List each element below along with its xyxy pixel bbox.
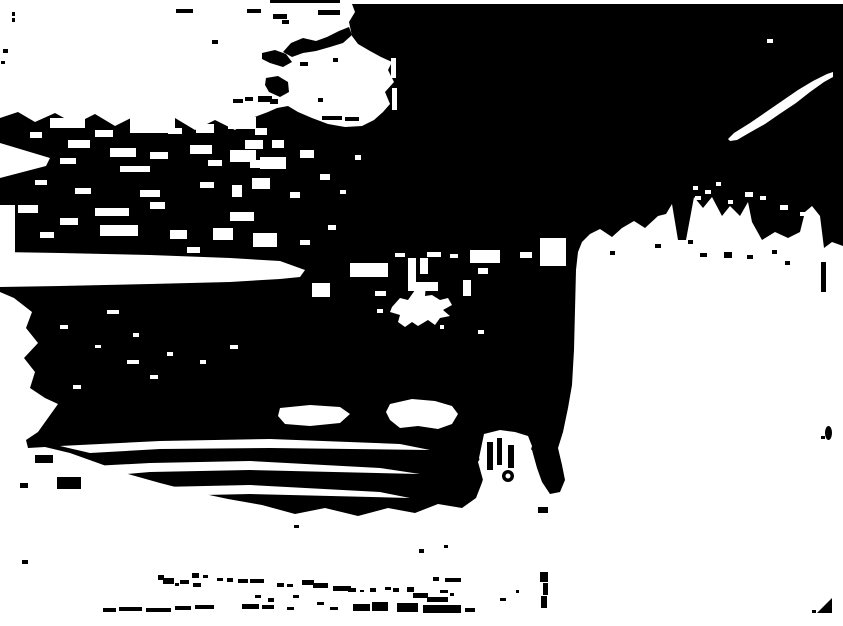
foreground-scatter-mark (103, 608, 116, 612)
texture-highlights-mark (693, 186, 698, 190)
foreground-scatter-mark (175, 606, 191, 610)
foreground-scatter-mark (516, 590, 519, 593)
foreground-scatter-mark (465, 608, 475, 612)
foreground-scatter-mark (217, 578, 223, 581)
texture-highlights-mark (290, 192, 300, 198)
texture-highlights-mark (391, 58, 396, 78)
furrow-gap-a (278, 405, 350, 426)
sky-marks-mark (270, 0, 340, 3)
texture-highlights-mark (35, 180, 47, 185)
texture-highlights-mark (355, 155, 361, 160)
texture-highlights-mark (73, 385, 81, 389)
foreground-scatter-mark (242, 604, 259, 609)
texture-highlights-mark (140, 190, 160, 197)
texture-highlights-mark (127, 360, 139, 364)
sky-marks-mark (245, 97, 253, 101)
sky-marks-mark (12, 18, 15, 22)
foreground-scatter-mark (500, 598, 506, 601)
foreground-scatter-mark (119, 607, 142, 611)
texture-highlights-mark (780, 205, 788, 210)
texture-highlights-mark (350, 263, 388, 277)
foreground-scatter-mark (22, 560, 28, 564)
foreground-scatter-mark (287, 607, 294, 610)
texture-highlights-mark (800, 212, 806, 216)
texture-highlights-mark (95, 208, 129, 216)
texture-highlights-mark (40, 232, 54, 238)
foreground-scatter-mark (277, 583, 284, 587)
foreground-scatter-mark (193, 583, 201, 587)
texture-highlights-mark (427, 252, 441, 257)
texture-highlights-mark (208, 160, 222, 166)
texture-highlights-mark (716, 182, 721, 186)
clearing-marks-mark (785, 261, 790, 265)
texture-highlights-mark (395, 253, 405, 257)
texture-highlights-mark (150, 152, 168, 159)
texture-highlights-mark (300, 240, 310, 245)
texture-highlights-mark (200, 360, 206, 364)
texture-highlights-mark (695, 196, 701, 200)
texture-highlights-mark (377, 309, 383, 313)
sky-marks-mark (176, 9, 193, 13)
texture-highlights-mark (0, 205, 15, 253)
texture-highlights-mark (745, 192, 753, 197)
sky-marks-mark (233, 99, 243, 103)
foreground-scatter-mark (541, 596, 547, 608)
flame-wisps-mark (538, 507, 548, 513)
texture-highlights-mark (60, 218, 78, 225)
foreground-scatter-mark (407, 587, 414, 592)
texture-highlights-mark (50, 118, 85, 128)
sky-marks-mark (333, 58, 338, 62)
sky-marks-mark (258, 96, 272, 102)
knot-ring-inner (506, 474, 511, 479)
texture-highlights-mark (168, 128, 182, 134)
scene-svg (0, 0, 843, 626)
foreground-scatter-mark (444, 545, 448, 548)
foreground-scatter-mark (180, 580, 189, 584)
foreground-scatter-mark (393, 588, 399, 592)
foreground-scatter-mark (317, 602, 324, 605)
texture-highlights-mark (340, 190, 346, 194)
clearing-marks-mark (724, 252, 732, 258)
foreground-scatter-mark (330, 607, 338, 610)
foreground-scatter-mark (57, 477, 81, 489)
texture-highlights-mark (728, 200, 733, 204)
texture-highlights-mark (420, 258, 428, 274)
clearing-marks-mark (700, 253, 707, 257)
texture-highlights-mark (300, 150, 314, 158)
foreground-scatter-mark (287, 584, 293, 587)
foreground-scatter-mark (419, 549, 424, 553)
texture-highlights-mark (252, 178, 270, 189)
foreground-scatter-mark (423, 605, 461, 613)
texture-highlights-mark (196, 124, 214, 133)
texture-highlights-mark (253, 233, 277, 247)
foreground-scatter-mark (353, 604, 370, 611)
foreground-scatter-mark (440, 590, 448, 593)
texture-highlights-mark (107, 310, 119, 314)
foreground-scatter-mark (294, 525, 299, 528)
clearing-marks-mark (747, 255, 753, 259)
texture-highlights-mark (245, 140, 263, 149)
texture-highlights-mark (328, 225, 336, 230)
foreground-scatter-mark (195, 605, 214, 609)
texture-highlights-mark (463, 280, 471, 296)
foreground-scatter-mark (372, 602, 388, 611)
texture-highlights-mark (110, 148, 136, 157)
foreground-scatter-mark (255, 595, 261, 598)
flame-wisps-mark (487, 442, 493, 470)
texture-highlights-mark (120, 166, 150, 172)
texture-highlights-mark (255, 128, 267, 135)
texture-highlights-mark (68, 140, 90, 148)
texture-highlights-mark (187, 247, 200, 253)
sky-marks-mark (247, 9, 261, 13)
texture-highlights-mark (213, 228, 233, 240)
foreground-scatter-mark (445, 578, 461, 582)
texture-highlights-mark (167, 352, 173, 356)
foreground-scatter-mark (175, 583, 179, 586)
clearing-marks-mark (610, 251, 615, 255)
foreground-scatter-mark (227, 578, 233, 582)
foreground-scatter-mark (427, 597, 448, 602)
foreground-scatter-mark (360, 590, 364, 592)
foreground-scatter-mark (35, 455, 53, 463)
texture-highlights-mark (478, 268, 488, 274)
sky-marks-mark (12, 12, 15, 16)
texture-highlights-mark (230, 345, 238, 349)
texture-highlights-mark (440, 325, 444, 329)
foreground-scatter-mark (250, 579, 264, 583)
texture-highlights-mark (190, 145, 212, 154)
sky-marks-mark (1, 61, 5, 64)
texture-highlights-mark (312, 283, 330, 297)
sky-marks-mark (318, 98, 323, 102)
texture-highlights-mark (150, 375, 158, 379)
texture-highlights-mark (272, 140, 284, 148)
texture-highlights-mark (60, 325, 68, 329)
texture-highlights-mark (450, 254, 458, 258)
binarized-photo-canvas (0, 0, 843, 626)
clearing-marks-mark (655, 244, 661, 248)
foreground-scatter-mark (268, 598, 274, 602)
texture-highlights-mark (100, 225, 138, 236)
sky-marks-mark (212, 40, 218, 44)
texture-highlights-mark (75, 188, 91, 194)
foreground-scatter-mark (397, 603, 418, 612)
sky-marks-mark (3, 49, 8, 53)
foreground-scatter-mark (313, 583, 328, 588)
texture-highlights-mark (60, 158, 76, 164)
clearing-marks-mark (812, 610, 816, 613)
texture-highlights-mark (540, 238, 566, 266)
foreground-scatter-mark (262, 605, 274, 609)
texture-highlights-mark (478, 330, 484, 334)
foreground-scatter-mark (370, 588, 376, 592)
texture-highlights-mark (705, 190, 711, 194)
foreground-scatter-mark (293, 595, 299, 598)
texture-highlights-mark (150, 202, 165, 209)
texture-highlights-mark (375, 291, 386, 296)
texture-highlights-mark (260, 157, 286, 169)
texture-highlights-mark (232, 185, 242, 197)
clearing-marks-mark (772, 250, 777, 254)
foreground-scatter-mark (385, 587, 391, 590)
texture-highlights-mark (228, 117, 256, 129)
sky-marks-mark (282, 20, 289, 24)
clearing-marks-mark (688, 240, 693, 244)
sky-marks-mark (345, 117, 359, 121)
foreground-scatter-mark (203, 575, 208, 578)
flame-wisps-mark (508, 445, 514, 468)
texture-highlights-mark (760, 196, 766, 200)
foreground-scatter-mark (146, 608, 171, 612)
texture-highlights-mark (95, 130, 113, 137)
foreground-scatter-mark (163, 578, 174, 584)
post-dot (825, 426, 832, 440)
texture-highlights-mark (95, 345, 101, 348)
foreground-scatter-mark (20, 483, 28, 488)
texture-highlights-mark (200, 182, 214, 188)
sky-marks-mark (322, 116, 342, 120)
foreground-scatter-mark (238, 579, 248, 583)
foreground-scatter-mark (413, 593, 428, 598)
foreground-scatter-mark (302, 580, 314, 585)
sky-marks-mark (270, 99, 278, 104)
sky-marks-mark (300, 62, 308, 66)
sky-marks-mark (318, 10, 340, 15)
texture-highlights-mark (133, 333, 139, 337)
clearing-marks-mark (821, 436, 825, 439)
texture-highlights-mark (230, 212, 254, 221)
texture-highlights-mark (30, 132, 42, 138)
texture-highlights-mark (470, 250, 500, 263)
foreground-scatter-mark (540, 572, 548, 582)
sky-marks-mark (273, 14, 287, 19)
texture-highlights-mark (408, 258, 416, 285)
texture-highlights-mark (170, 230, 187, 239)
foreground-scatter-mark (450, 593, 454, 596)
foreground-scatter-mark (348, 588, 356, 592)
texture-highlights-mark (408, 282, 438, 291)
texture-highlights-mark (392, 88, 397, 110)
flame-wisps-mark (497, 438, 502, 465)
texture-highlights-mark (520, 252, 532, 258)
foreground-scatter-mark (192, 573, 199, 578)
texture-highlights-mark (767, 39, 773, 43)
foreground-scatter-mark (433, 577, 439, 581)
texture-highlights-mark (18, 205, 38, 213)
foreground-scatter-mark (543, 583, 548, 595)
texture-highlights-mark (320, 174, 330, 180)
clearing-marks-mark (821, 262, 826, 292)
